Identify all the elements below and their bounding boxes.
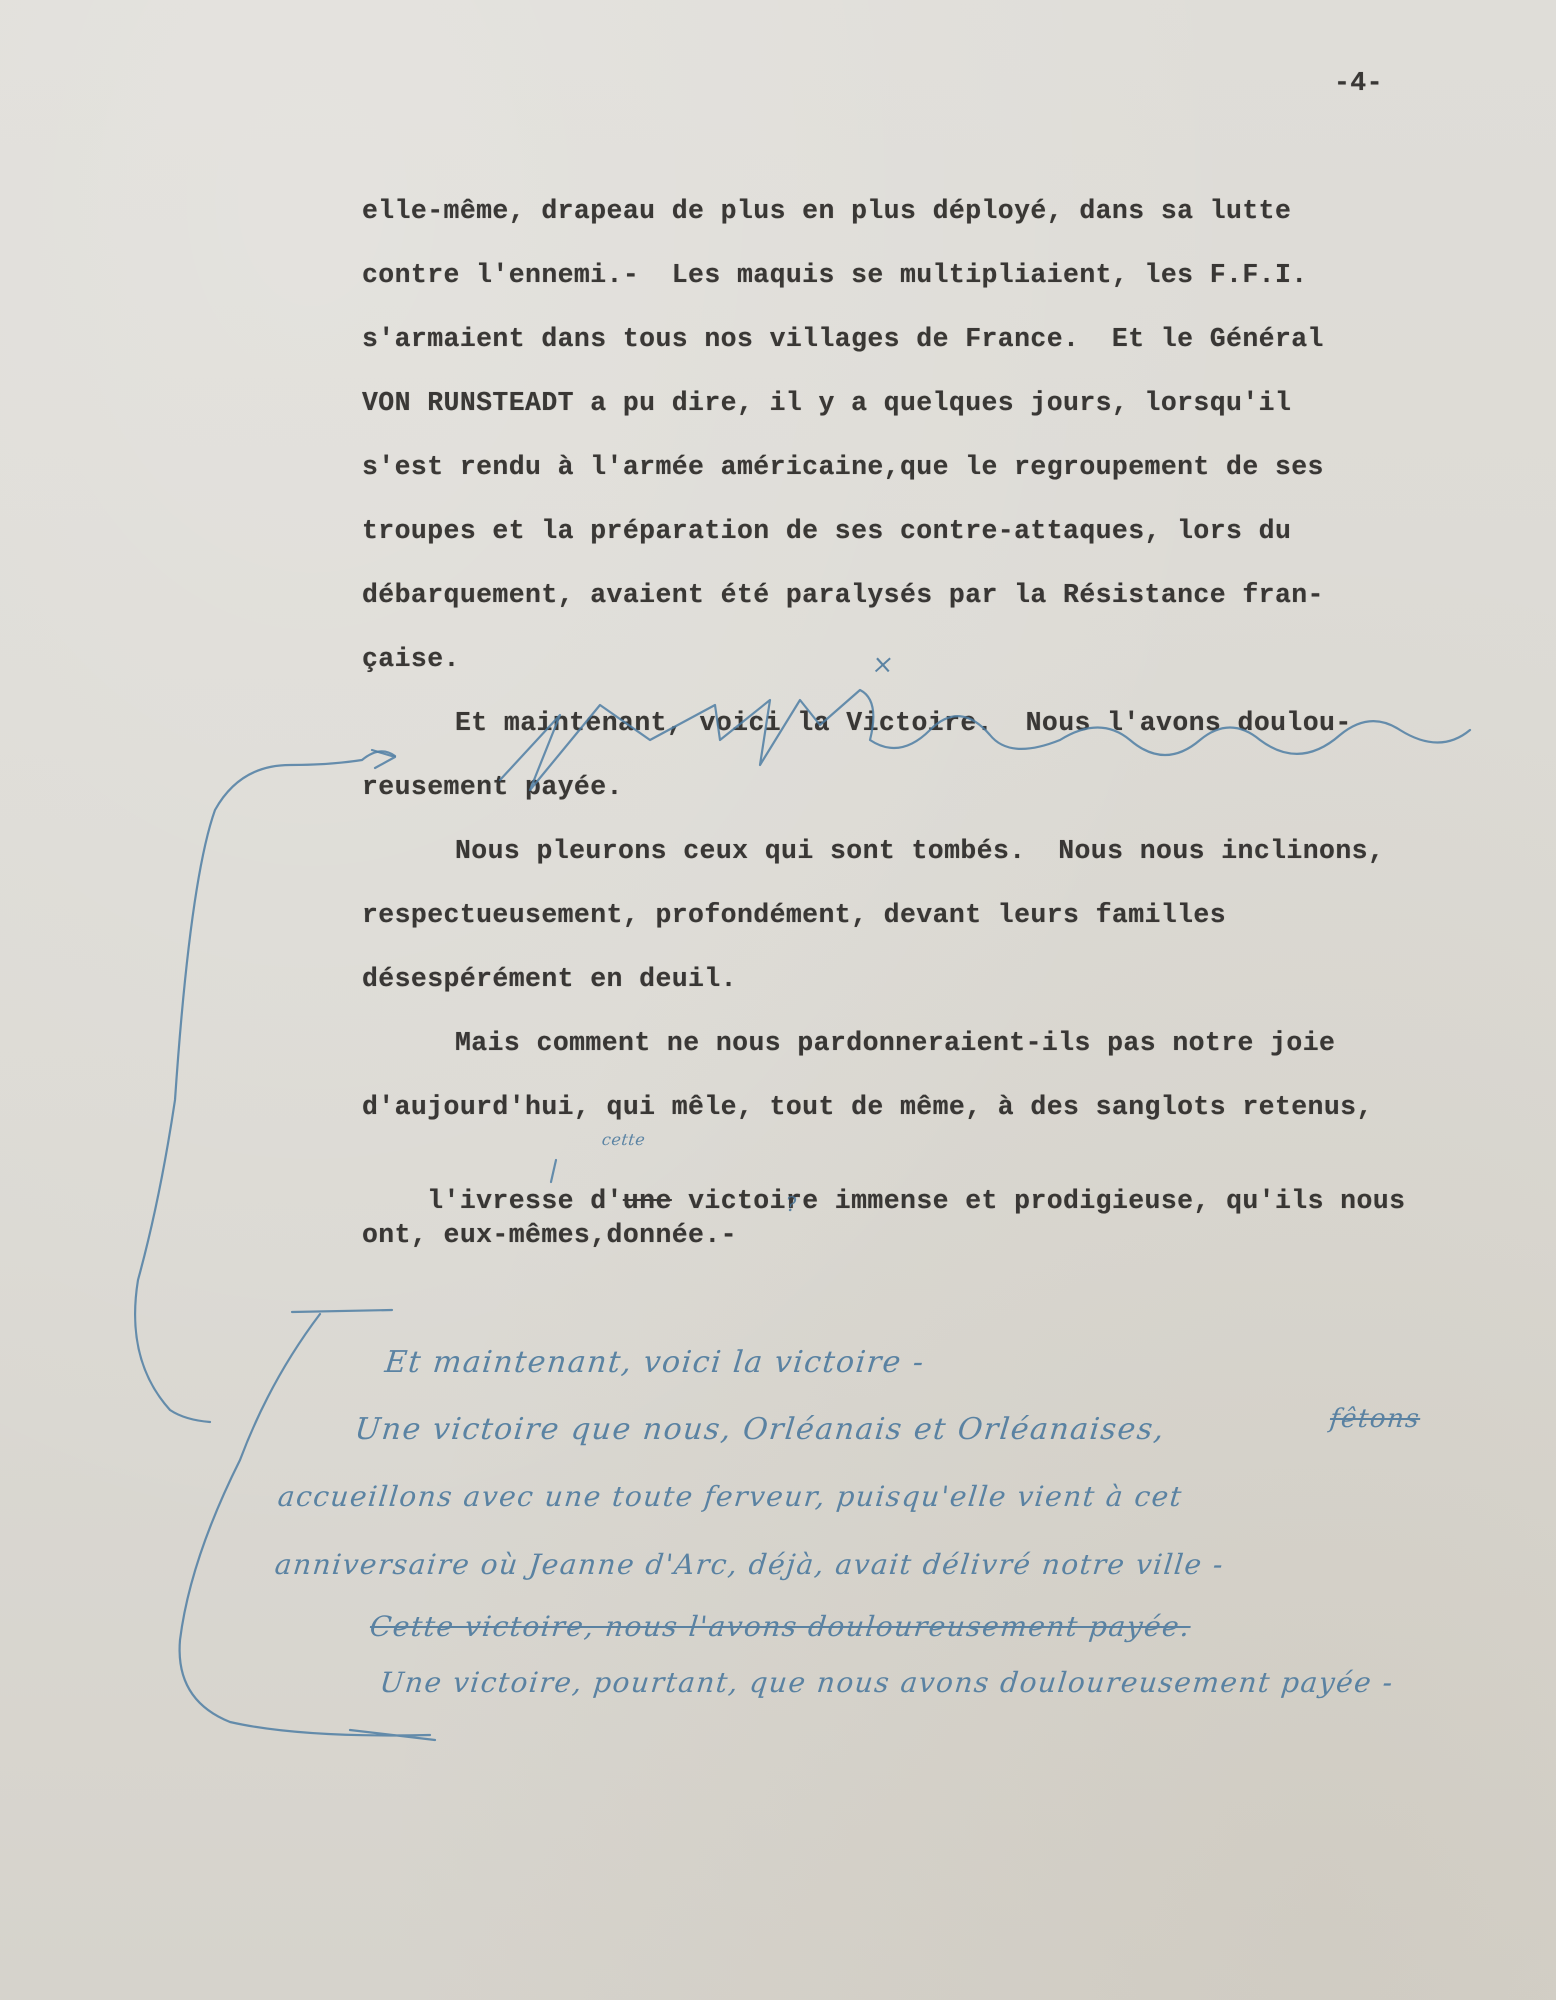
handwritten-line: anniversaire où Jeanne d'Arc, déjà, avai… (273, 1548, 1226, 1581)
typed-line: contre l'ennemi.- Les maquis se multipli… (362, 260, 1308, 290)
insertion-annotation: cette (601, 1130, 646, 1149)
typed-line: d'aujourd'hui, qui mêle, tout de même, à… (362, 1092, 1373, 1122)
typed-line: débarquement, avaient été paralysés par … (362, 580, 1324, 610)
typed-text: l'ivresse d' (427, 1186, 623, 1216)
pen-annotations (0, 0, 1556, 2000)
typed-line: elle-même, drapeau de plus en plus déplo… (362, 196, 1291, 226)
handwritten-struck-line: Cette victoire, nous l'avons douloureuse… (368, 1610, 1192, 1643)
typed-line: respectueusement, profondément, devant l… (362, 900, 1226, 930)
typed-line: çaise. (362, 644, 460, 674)
typed-line: désespérément en deuil. (362, 964, 737, 994)
typed-line: troupes et la préparation de ses contre-… (362, 516, 1291, 546)
bracket-arrow (135, 751, 395, 1422)
wavy-strikethrough (500, 690, 1470, 790)
typed-line: VON RUNSTEADT a pu dire, il y a quelques… (362, 388, 1291, 418)
typed-line-struck-paragraph: reusement payée. (362, 772, 623, 802)
typed-text: victoire immense et prodigieuse, qu'ils … (672, 1186, 1406, 1216)
handwritten-line: Une victoire, pourtant, que nous avons d… (378, 1666, 1395, 1699)
struck-word: une (623, 1186, 672, 1216)
typed-line: Mais comment ne nous pardonneraient-ils … (455, 1028, 1335, 1058)
typed-line-struck-paragraph: Et maintenant, voici la Victoire. Nous l… (455, 708, 1352, 738)
handwritten-line: Une victoire que nous, Orléanais et Orlé… (353, 1412, 1167, 1447)
handwritten-line: accueillons avec une toute ferveur, puis… (276, 1480, 1184, 1513)
typed-line: s'est rendu à l'armée américaine,que le … (362, 452, 1324, 482)
handwritten-struck-word: fêtons (1328, 1404, 1421, 1434)
document-page: -4- elle-même, drapeau de plus en plus d… (0, 0, 1556, 2000)
page-number: -4- (1334, 68, 1383, 98)
typed-line: s'armaient dans tous nos villages de Fra… (362, 324, 1324, 354)
question-mark-annotation: ? (785, 1192, 800, 1216)
arrowhead-icon (372, 750, 395, 768)
typed-line: Nous pleurons ceux qui sont tombés. Nous… (455, 836, 1384, 866)
typed-line: ont, eux-mêmes,donnée.- (362, 1220, 737, 1250)
handwritten-line: Et maintenant, voici la victoire - (383, 1345, 926, 1380)
x-mark-annotation: × (870, 650, 896, 680)
